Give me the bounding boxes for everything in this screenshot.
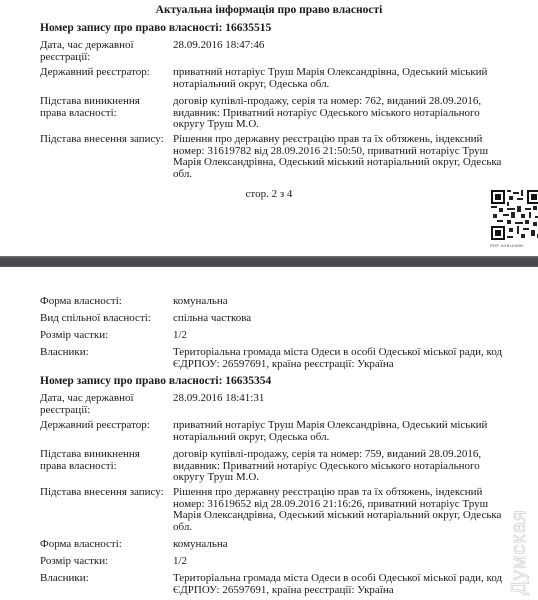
field-label: Державний реєстратор: xyxy=(40,67,165,79)
field-label: Підстава виникнення права власності: xyxy=(40,96,165,119)
field-value: 1/2 xyxy=(173,330,508,342)
record-header: Номер запису про право власності: 166355… xyxy=(40,21,271,35)
page-separator xyxy=(0,256,538,267)
field-value: комунальна xyxy=(173,296,508,308)
field-value: приватний нотаріус Труш Марія Олександрі… xyxy=(173,420,508,443)
field-label: Вид спільної власності: xyxy=(40,313,165,325)
field-label: Дата, час державної реєстрації: xyxy=(40,393,165,416)
field-label: Підстава внесення запису: xyxy=(40,487,165,499)
field-label: Підстава внесення запису: xyxy=(40,134,165,146)
field-value: 28.09.2016 18:41:31 xyxy=(173,393,508,405)
watermark-logo: Думская xyxy=(508,509,531,595)
qr-caption: RRP-4HB1EM8K xyxy=(490,243,524,248)
field-label: Форма власності: xyxy=(40,296,165,308)
record-header: Номер запису про право власності: 166353… xyxy=(40,374,271,388)
document-title: Актуальна інформація про право власності xyxy=(0,3,538,17)
page-number: стор. 2 з 4 xyxy=(0,188,538,200)
document-page-2: Актуальна інформація про право власності… xyxy=(0,0,538,256)
qr-code-icon xyxy=(491,190,538,240)
field-value: Територіальна громада міста Одеси в особ… xyxy=(173,573,508,596)
field-value: 28.09.2016 18:47:46 xyxy=(173,40,508,52)
field-value: договір купівлі-продажу, серія та номер:… xyxy=(173,96,508,131)
field-value: приватний нотаріус Труш Марія Олександрі… xyxy=(173,67,508,90)
field-label: Власники: xyxy=(40,573,165,585)
field-label: Підстава виникнення права власності: xyxy=(40,449,165,472)
field-label: Форма власності: xyxy=(40,539,165,551)
field-value: спільна часткова xyxy=(173,313,508,325)
field-value: 1/2 xyxy=(173,556,508,568)
field-label: Власники: xyxy=(40,347,165,359)
field-value: договір купівлі-продажу, серія та номер:… xyxy=(173,449,508,484)
field-label: Розмір частки: xyxy=(40,556,165,568)
field-label: Державний реєстратор: xyxy=(40,420,165,432)
field-value: Рішення про державну реєстрацію прав та … xyxy=(173,487,508,533)
field-label: Розмір частки: xyxy=(40,330,165,342)
field-label: Дата, час державної реєстрації: xyxy=(40,40,165,63)
document-page-3: Форма власності: комунальна Вид спільної… xyxy=(0,267,538,600)
field-value: Рішення про державну реєстрацію прав та … xyxy=(173,134,508,180)
field-value: Територіальна громада міста Одеси в особ… xyxy=(173,347,508,370)
field-value: комунальна xyxy=(173,539,508,551)
